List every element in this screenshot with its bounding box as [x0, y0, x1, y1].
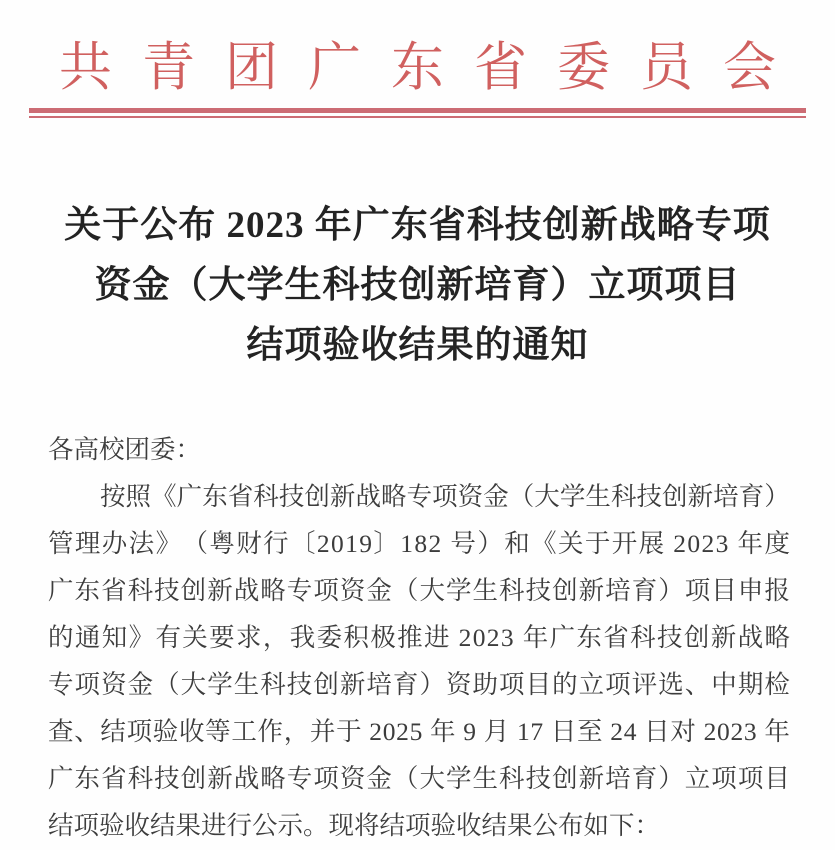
- body-line: 结项验收结果进行公示。现将结项验收结果公布如下：: [48, 802, 790, 849]
- body-line: 查、结项验收等工作，并于 2025 年 9 月 17 日至 24 日对 2023…: [48, 708, 790, 755]
- body-line: 广东省科技创新战略专项资金（大学生科技创新培育）立项项目: [48, 755, 790, 802]
- body-line: 的通知》有关要求，我委积极推进 2023 年广东省科技创新战略: [48, 614, 790, 661]
- title-line-3: 结项验收结果的通知: [0, 316, 835, 376]
- body-line: 专项资金（大学生科技创新培育）资助项目的立项评选、中期检: [48, 661, 790, 708]
- letterhead-divider-rule: [29, 108, 806, 118]
- document-title: 关于公布 2023 年广东省科技创新战略专项 资金（大学生科技创新培育）立项项目…: [0, 196, 835, 376]
- letterhead-org-name: 共青团广东省委员会: [0, 36, 835, 100]
- document-body: 各高校团委： 按照《广东省科技创新战略专项资金（大学生科技创新培育） 管理办法》…: [48, 426, 790, 849]
- body-line: 广东省科技创新战略专项资金（大学生科技创新培育）项目申报: [48, 567, 790, 614]
- body-line: 按照《广东省科技创新战略专项资金（大学生科技创新培育）: [48, 473, 790, 520]
- body-line: 管理办法》（粤财行〔2019〕182 号）和《关于开展 2023 年度: [48, 520, 790, 567]
- official-document-page: 共青团广东省委员会 关于公布 2023 年广东省科技创新战略专项 资金（大学生科…: [0, 0, 835, 850]
- title-line-1: 关于公布 2023 年广东省科技创新战略专项: [0, 196, 835, 256]
- title-line-2: 资金（大学生科技创新培育）立项项目: [0, 256, 835, 316]
- salutation: 各高校团委：: [48, 426, 790, 473]
